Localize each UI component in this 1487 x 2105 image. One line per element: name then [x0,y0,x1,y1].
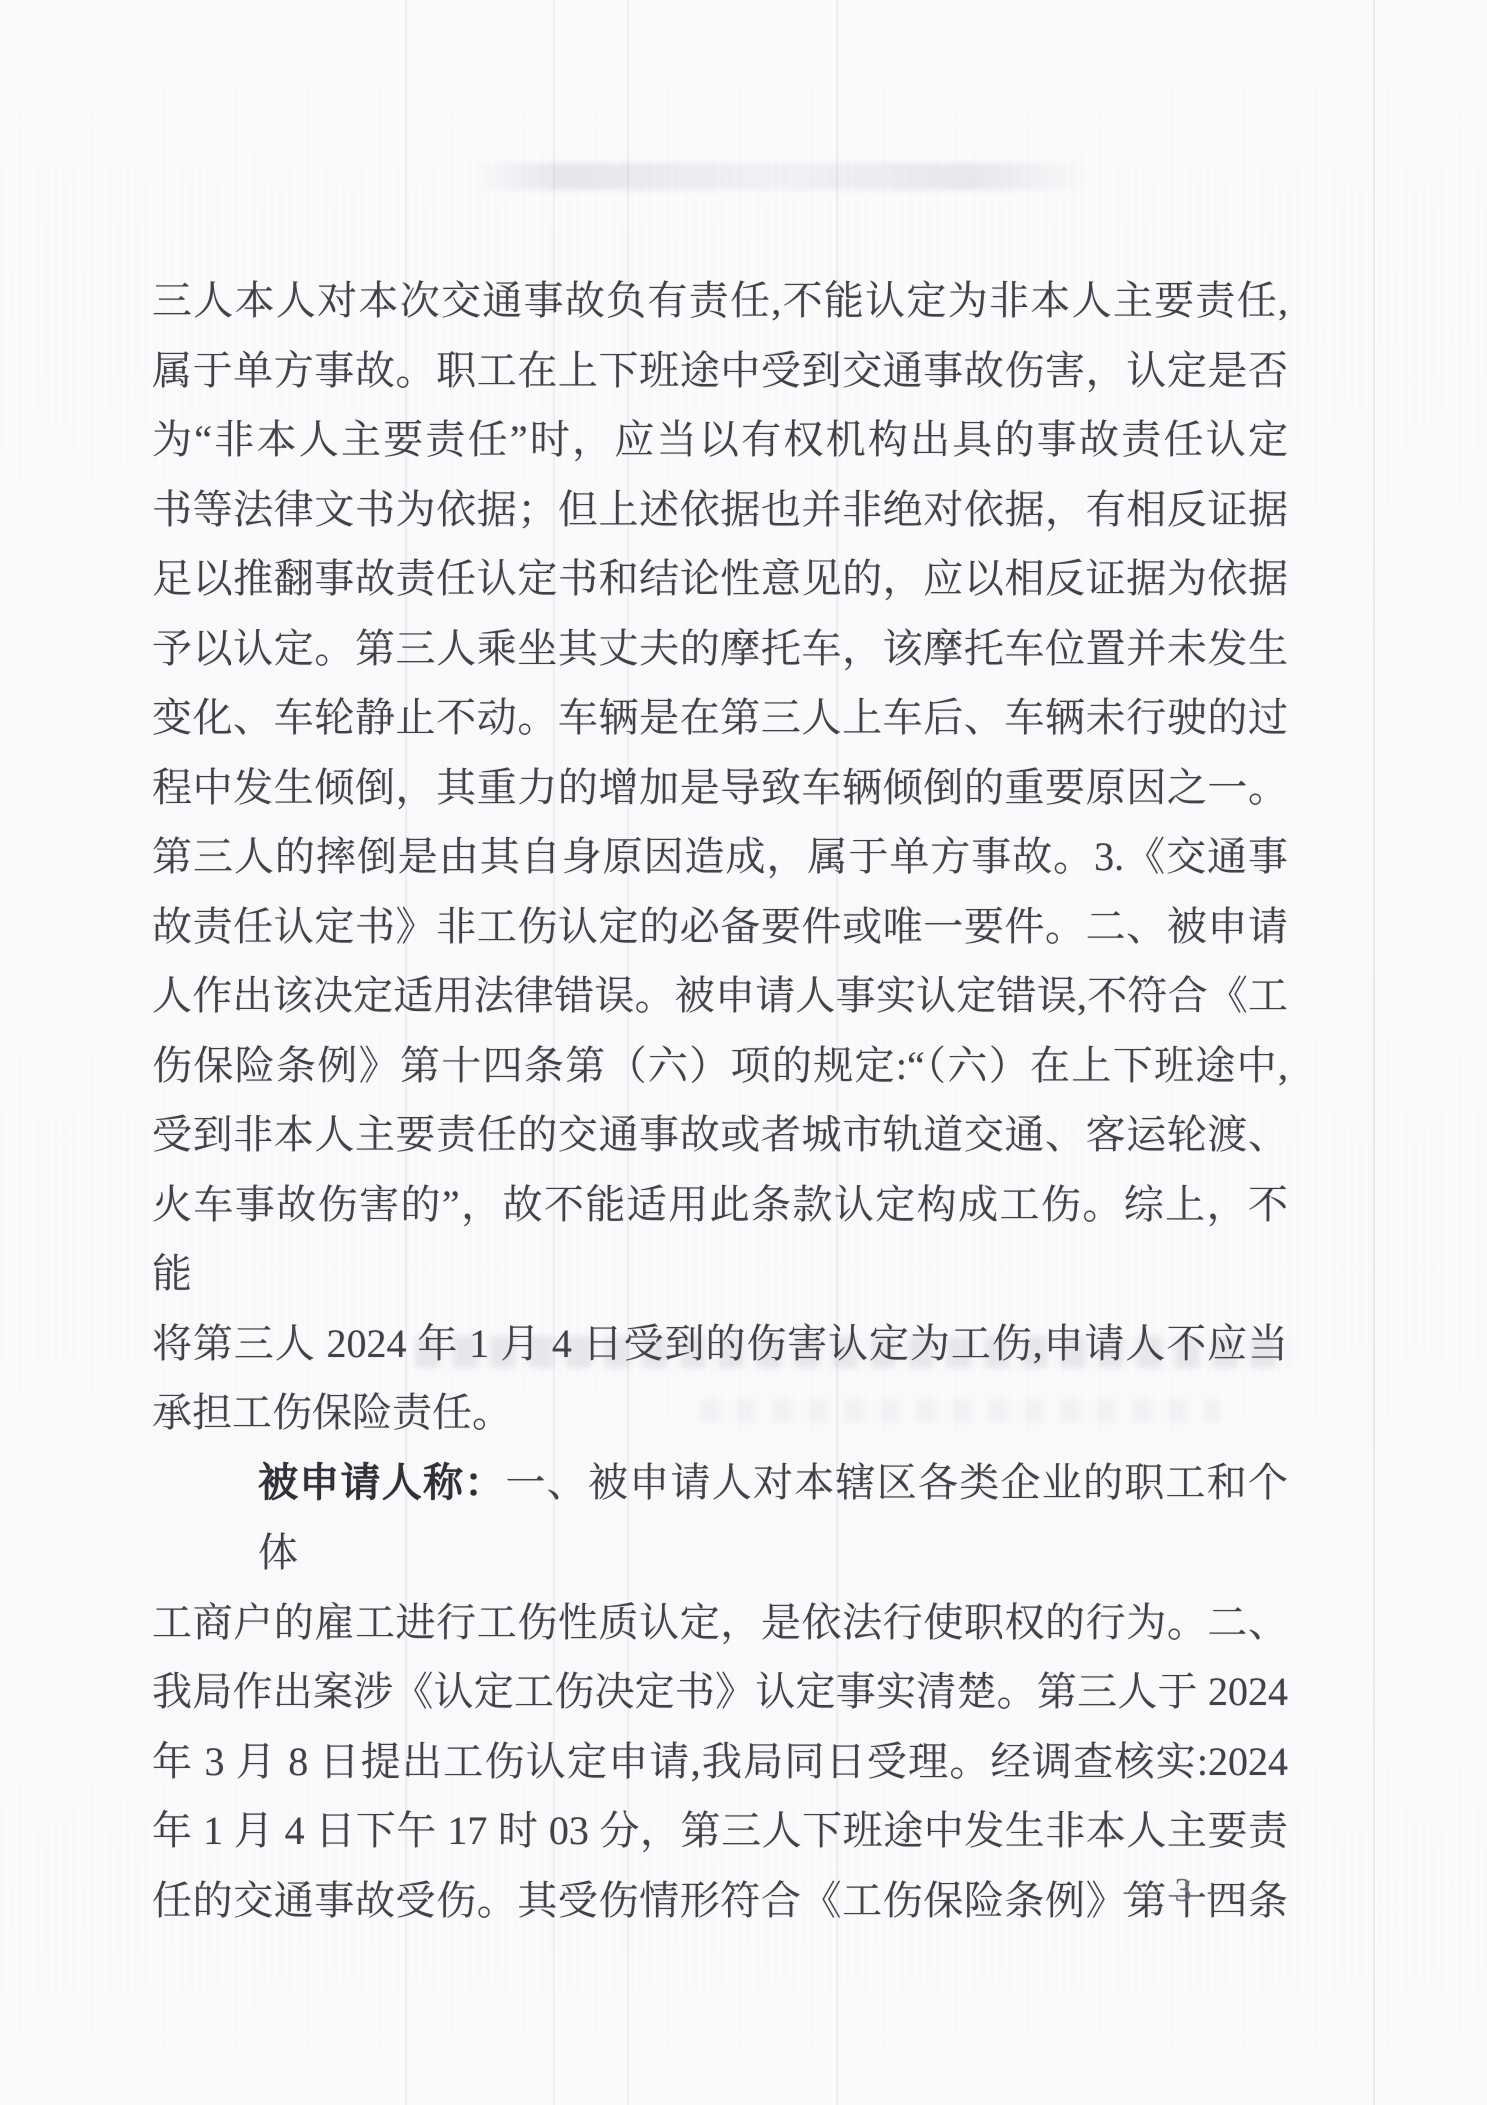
bleed-through-ghost [470,163,1095,190]
text-line: 程中发生倾倒，其重力的增加是导致车辆倾倒的重要原因之一。 [152,753,1288,823]
text-line: 工商户的雇工进行工伤性质认定，是依法行使职权的行为。二、 [152,1588,1288,1658]
text-line: 承担工伤保险责任。 [152,1378,1288,1448]
text-line: 第三人的摔倒是由其自身原因造成，属于单方事故。3.《交通事 [152,822,1288,892]
text-line: 故责任认定书》非工伤认定的必备要件或唯一要件。二、被申请 [152,892,1288,962]
document-body: 三人本人对本次交通事故负有责任,不能认定为非本人主要责任, 属于单方事故。职工在… [152,266,1288,1935]
scan-streak [1373,0,1375,2105]
page-number: — 3 — [1085,1872,1285,1910]
text-line: 为“非本人主要责任”时，应当以有权机构出具的事故责任认定 [152,405,1288,475]
text-line: 火车事故伤害的”，故不能适用此条款认定构成工伤。综上，不能 [152,1170,1288,1309]
text-line: 年 1 月 4 日下午 17 时 03 分，第三人下班途中发生非本人主要责 [152,1796,1288,1866]
text-line: 伤保险条例》第十四条第（六）项的规定:“（六）在上下班途中, [152,1031,1288,1101]
text-line: 足以推翻事故责任认定书和结论性意见的，应以相反证据为依据 [152,544,1288,614]
text-line: 变化、车轮静止不动。车辆是在第三人上车后、车辆未行驶的过 [152,683,1288,753]
paragraph-2-first-line: 被申请人称：一、被申请人对本辖区各类企业的职工和个体 [152,1448,1288,1588]
text-line: 予以认定。第三人乘坐其丈夫的摩托车，该摩托车位置并未发生 [152,614,1288,684]
text-line: 受到非本人主要责任的交通事故或者城市轨道交通、客运轮渡、 [152,1100,1288,1170]
paragraph-lead: 被申请人称： [258,1461,506,1505]
scanned-document-page: 三人本人对本次交通事故负有责任,不能认定为非本人主要责任, 属于单方事故。职工在… [0,0,1487,2105]
text-line: 人作出该决定适用法律错误。被申请人事实认定错误,不符合《工 [152,961,1288,1031]
text-line: 三人本人对本次交通事故负有责任,不能认定为非本人主要责任, [152,266,1288,336]
text-line: 我局作出案涉《认定工伤决定书》认定事实清楚。第三人于 2024 [152,1657,1288,1727]
text-line: 年 3 月 8 日提出工伤认定申请,我局同日受理。经调查核实:2024 [152,1727,1288,1797]
text-line: 属于单方事故。职工在上下班途中受到交通事故伤害，认定是否 [152,336,1288,406]
text-line: 书等法律文书为依据；但上述依据也并非绝对依据，有相反证据 [152,475,1288,545]
text-line: 将第三人 2024 年 1 月 4 日受到的伤害认定为工伤,申请人不应当 [152,1309,1288,1379]
